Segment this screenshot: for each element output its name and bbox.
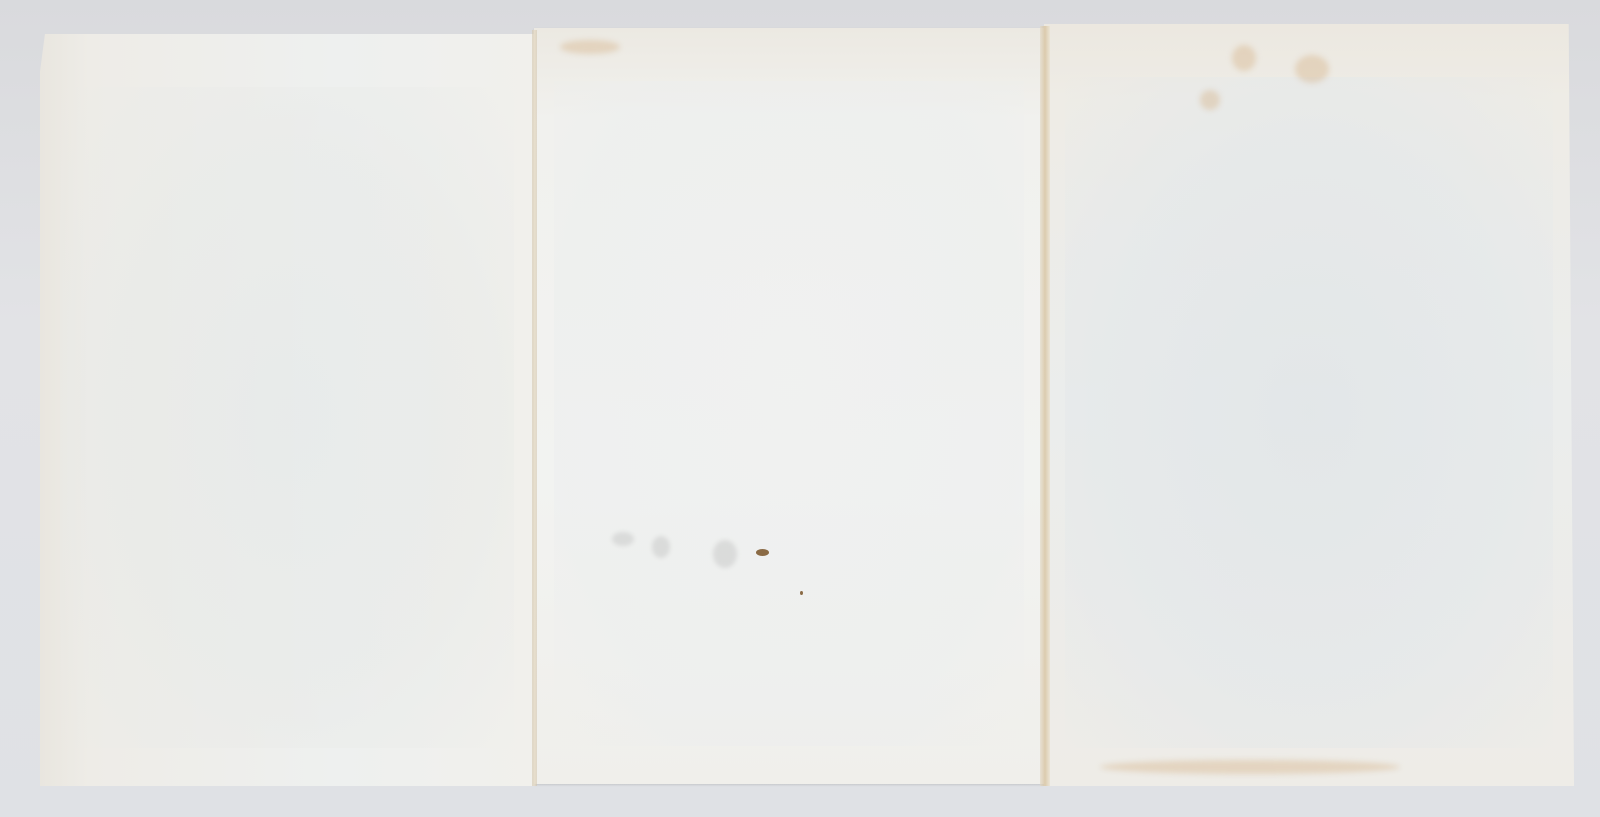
water-stain [713, 540, 737, 568]
brown-spot [756, 549, 769, 556]
water-stain [612, 532, 634, 546]
left-panel [40, 34, 534, 786]
fold-crease-left [532, 30, 537, 786]
fold-crease-right [1040, 26, 1050, 786]
water-stain [652, 536, 670, 558]
paper-sheet [0, 0, 1600, 817]
right-panel [1044, 24, 1574, 786]
foxing-spot [1232, 45, 1256, 71]
brown-speck [800, 591, 803, 595]
left-panel-show-through [60, 87, 515, 749]
foxing-spot [560, 40, 620, 54]
foxing-spot [1200, 90, 1220, 110]
middle-panel [534, 28, 1044, 784]
foxing-spot [1295, 55, 1329, 83]
right-panel-show-through [1065, 77, 1553, 748]
foxing-edge [1100, 760, 1400, 774]
middle-panel-show-through [554, 81, 1023, 746]
